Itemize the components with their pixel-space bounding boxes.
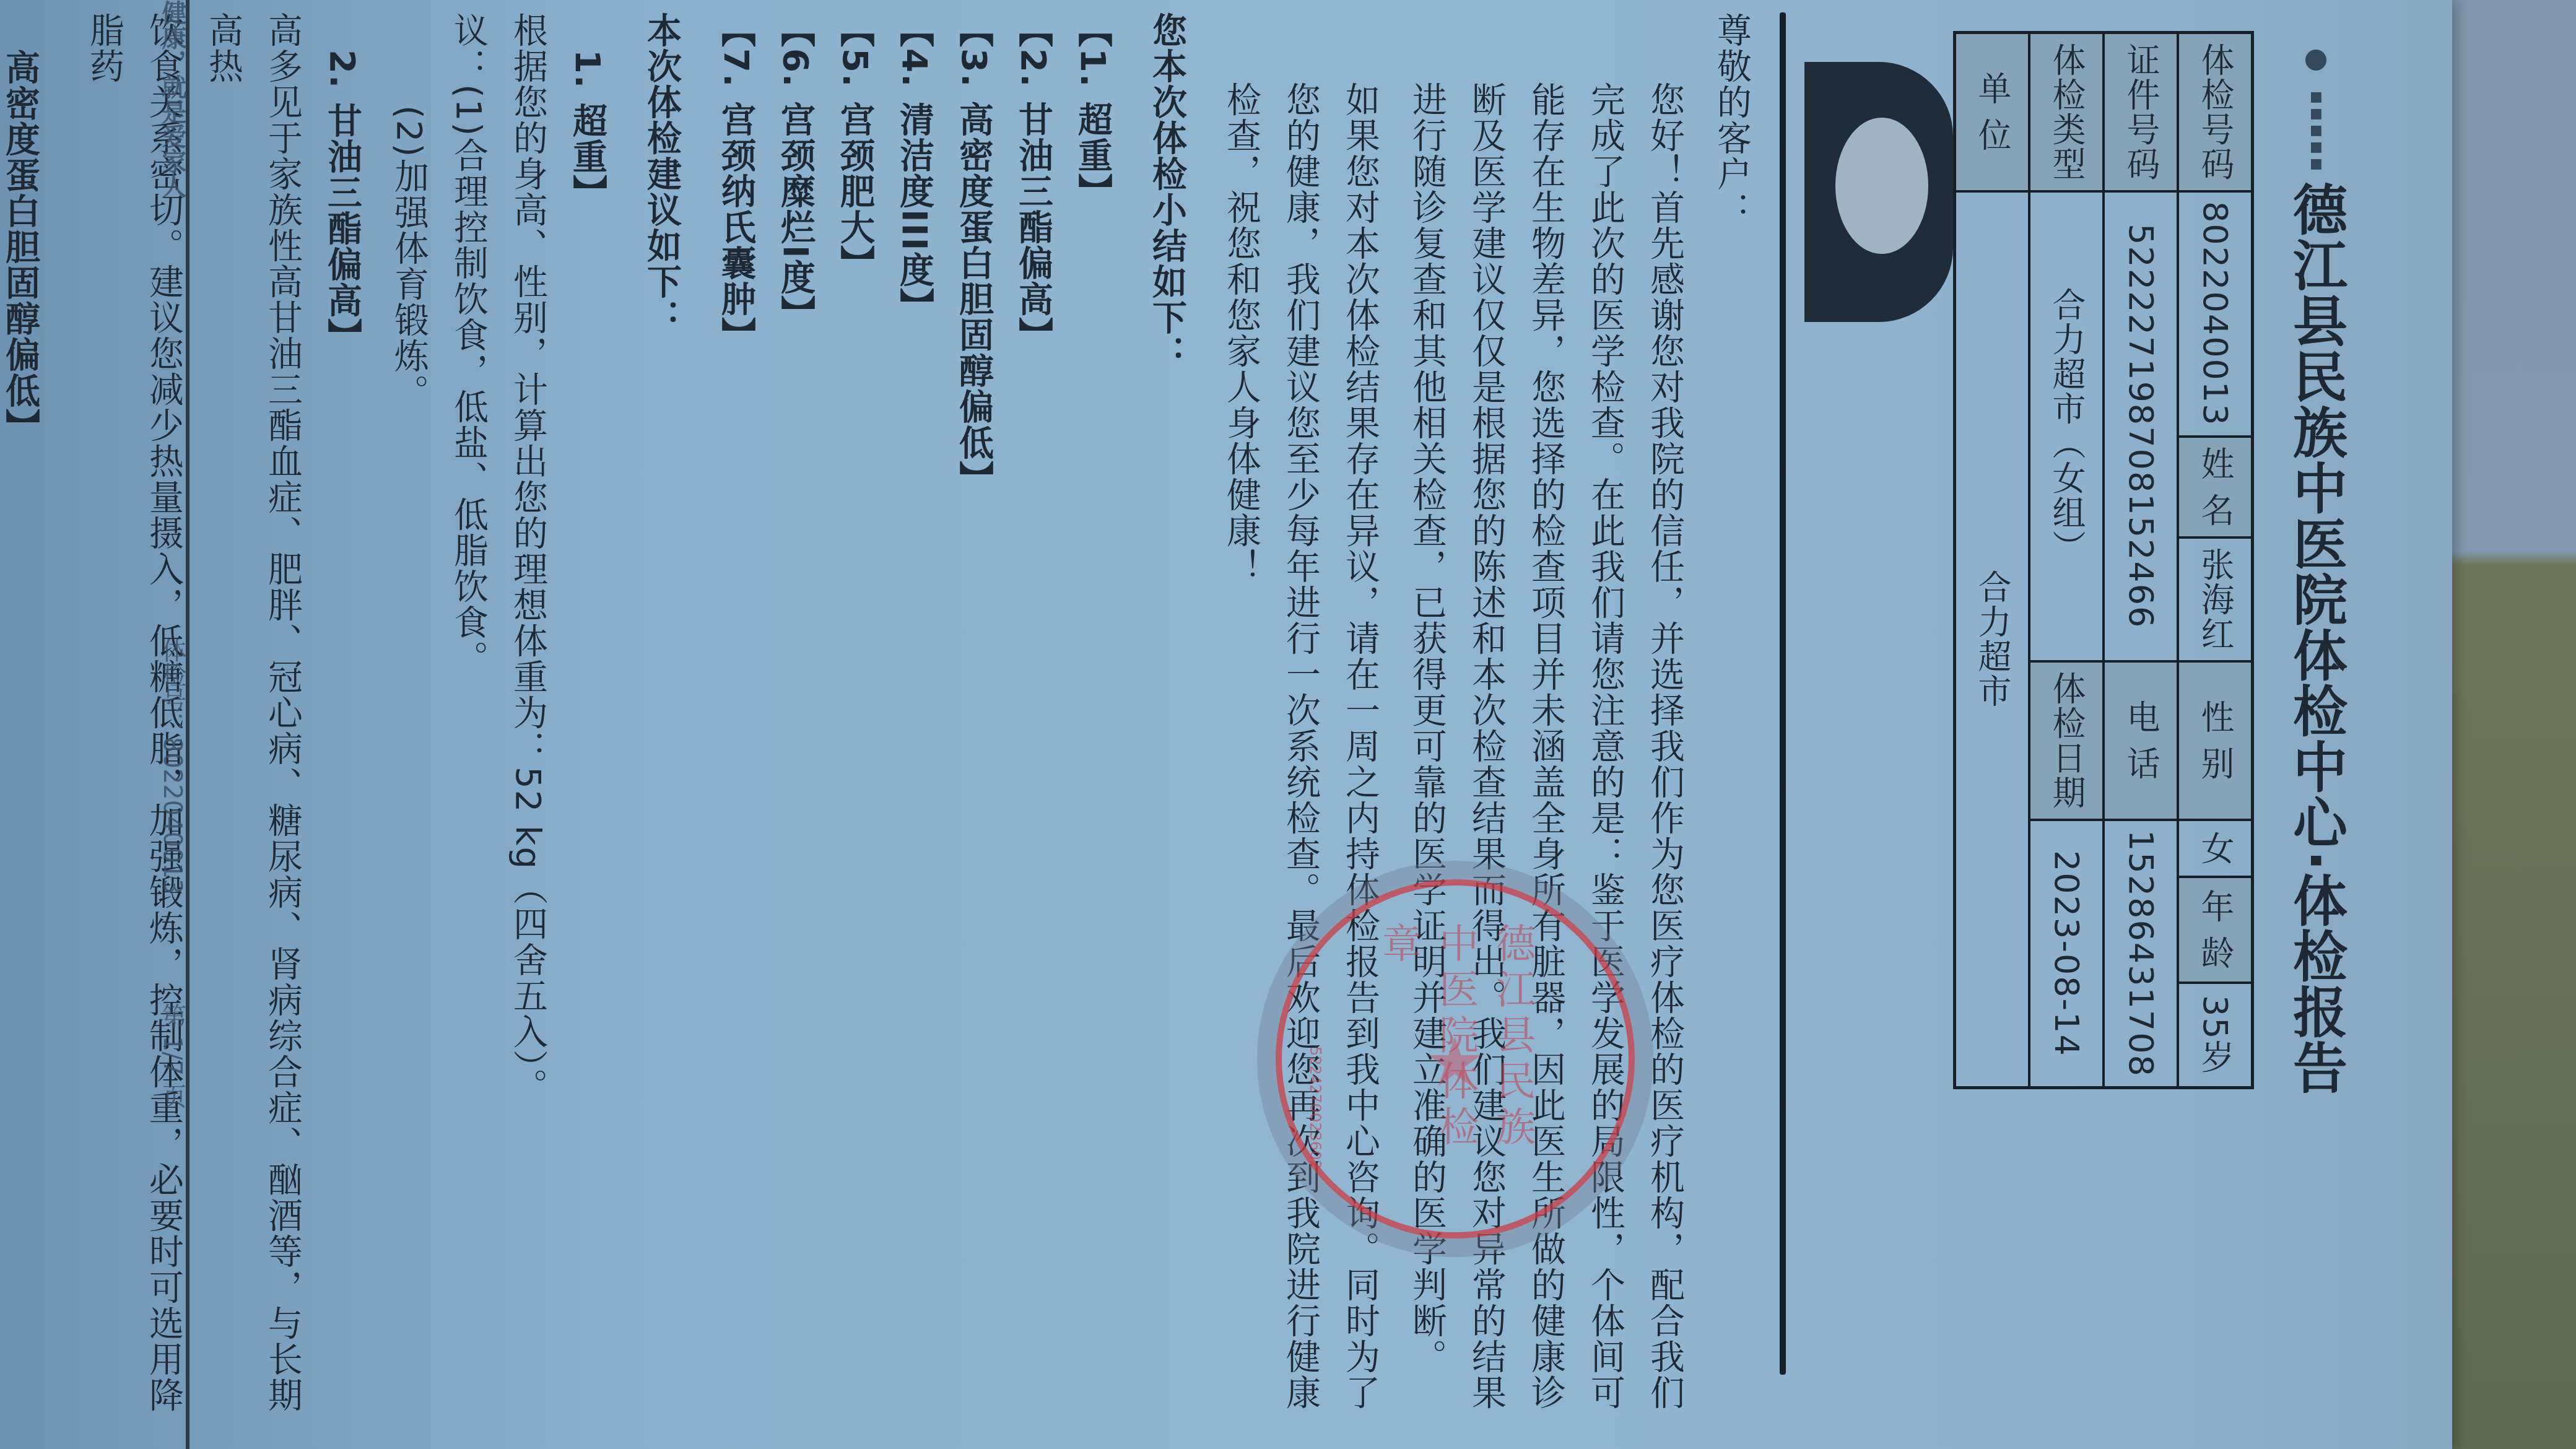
age-label: 年 龄 <box>2178 877 2253 983</box>
patient-face <box>1835 118 1928 254</box>
advice-heading: 2. 甘油三酯偏高】 <box>312 12 372 1437</box>
footer-exam-number-label: 体检号： <box>158 638 186 737</box>
info-row-3: 体检类型 合力超市（女组） 体检日期 2023-08-14 <box>2029 33 2104 1088</box>
header-divider <box>1780 12 1786 1375</box>
finding-item: 【4. 清洁度III度】 <box>884 12 944 1437</box>
gender-value: 女 <box>2178 820 2253 877</box>
letter-salutation: 尊敬的客户： <box>1702 12 1761 1437</box>
id-number-label: 证件号码 <box>2104 33 2178 192</box>
finding-item: 【1. 超重】 <box>1063 12 1122 1437</box>
patient-info-table: 体检号码 8022040013 姓 名 张海红 性 别 女 年 龄 35岁 证件… <box>1953 31 2254 1089</box>
info-row-4: 单 位 合力超市 <box>1955 33 2030 1088</box>
footer-exam-number: 体检号：8022040013 <box>155 638 190 895</box>
report-title-row: ■■■■■ 德江县民族中医院体检中心·体检报告 <box>2279 12 2353 1095</box>
report-body: ■■■■■ 德江县民族中医院体检中心·体检报告 体检号码 8022040013 … <box>0 12 2353 1437</box>
id-number-value: 522227198708152466 <box>2104 191 2178 661</box>
finding-item: 【5. 宫颈肥大】 <box>825 12 884 1437</box>
name-label: 姓 名 <box>2178 437 2253 537</box>
advice-heading: 高密度蛋白胆固醇偏低】 <box>0 12 50 1437</box>
info-row-1: 体检号码 8022040013 姓 名 张海红 性 别 女 年 龄 35岁 <box>2178 33 2253 1088</box>
report-page: ■■■■■ 德江县民族中医院体检中心·体检报告 体检号码 8022040013 … <box>0 0 2452 1449</box>
gender-label: 性 别 <box>2178 661 2253 820</box>
name-value: 张海红 <box>2178 537 2253 661</box>
report-title: 德江县民族中医院体检中心·体检报告 <box>2279 181 2353 1095</box>
finding-item: 【2. 甘油三酯偏高】 <box>1003 12 1063 1437</box>
finding-item: 【7. 宫颈纳氏囊肿】 <box>706 12 765 1437</box>
advice-line: 议：(1)合理控制饮食，低盐、低脂饮食。 <box>438 12 498 1437</box>
stamp-star-icon: ★ <box>1424 1028 1486 1096</box>
advice-title: 本次体检建议如下： <box>632 12 691 1437</box>
exam-type-label: 体检类型 <box>2029 33 2104 192</box>
exam-type-value: 合力超市（女组） <box>2029 191 2104 661</box>
advice-line: (2)加强体育锻炼。 <box>379 12 438 1437</box>
report-header: ■■■■■ 德江县民族中医院体检中心·体检报告 <box>2279 12 2353 1437</box>
hospital-seal-stamp: 德江县民族中医院体检章 ★ 5224270023602 <box>1276 879 1635 1238</box>
advice-heading: 1. 超重】 <box>557 12 617 1437</box>
footer-slogan: 健康，就是爱家人 <box>155 0 190 198</box>
summary-findings: 【1. 超重】 【2. 甘油三酯偏高】 【3. 高密度蛋白胆固醇偏低】 【4. … <box>706 12 1122 1437</box>
employer-value: 合力超市 <box>1955 191 2030 1087</box>
summary-title: 您本次体检小结如下： <box>1137 12 1196 1437</box>
hospital-logo-text: ■■■■■ <box>2279 89 2353 173</box>
letter-paragraph-2: 如果您对本次体检结果存在异议，请在一周之内持体检报告到我中心咨询。同时为了您的健… <box>1211 12 1390 1437</box>
phone-label: 电 话 <box>2104 661 2178 820</box>
finding-item: 【3. 高密度蛋白胆固醇偏低】 <box>944 12 1003 1437</box>
patient-photo <box>1804 62 1953 322</box>
advice-item-hdl: 高密度蛋白胆固醇偏低】 冠心病、动脉硬化，可适当补充卵磷脂（如：大豆、蛋黄及动物… <box>0 12 50 1437</box>
exam-number-value: 8022040013 <box>2178 191 2253 437</box>
age-value: 35岁 <box>2178 983 2253 1087</box>
advice-item-triglyceride: 2. 甘油三酯偏高】 高多见于家族性高甘油三酯血症、肥胖、冠心病、糖尿病、肾病综… <box>74 12 372 1437</box>
employer-label: 单 位 <box>1955 33 2030 192</box>
page-number: 第 1/7 页 <box>155 1003 190 1108</box>
exam-date-label: 体检日期 <box>2029 661 2104 820</box>
finding-item: 【6. 宫颈糜烂I度】 <box>765 12 825 1437</box>
advice-item-overweight: 1. 超重】 根据您的身高、性别，计算出您的理想体重为：52 kg（四舍五入）。… <box>379 12 617 1437</box>
info-row-2: 证件号码 522227198708152466 电 话 15286431708 <box>2104 33 2178 1088</box>
hospital-logo-icon <box>2305 50 2326 71</box>
table-surface <box>2452 0 2576 1449</box>
phone-value: 15286431708 <box>2104 820 2178 1087</box>
page-footer: 健康，就是爱家人 体检号：8022040013 第 1/7 页 <box>155 0 190 1449</box>
footer-exam-number-value: 8022040013 <box>158 737 186 895</box>
advice-line: 高多见于家族性高甘油三酯血症、肥胖、冠心病、糖尿病、肾病综合症、酗酒等，与长期高… <box>193 12 312 1437</box>
advice-line: 根据您的身高、性别，计算出您的理想体重为：52 kg（四舍五入）。 <box>498 12 557 1437</box>
exam-number-label: 体检号码 <box>2178 33 2253 192</box>
stamp-code: 5224270023602 <box>1307 1046 1324 1170</box>
exam-date-value: 2023-08-14 <box>2029 820 2104 1087</box>
